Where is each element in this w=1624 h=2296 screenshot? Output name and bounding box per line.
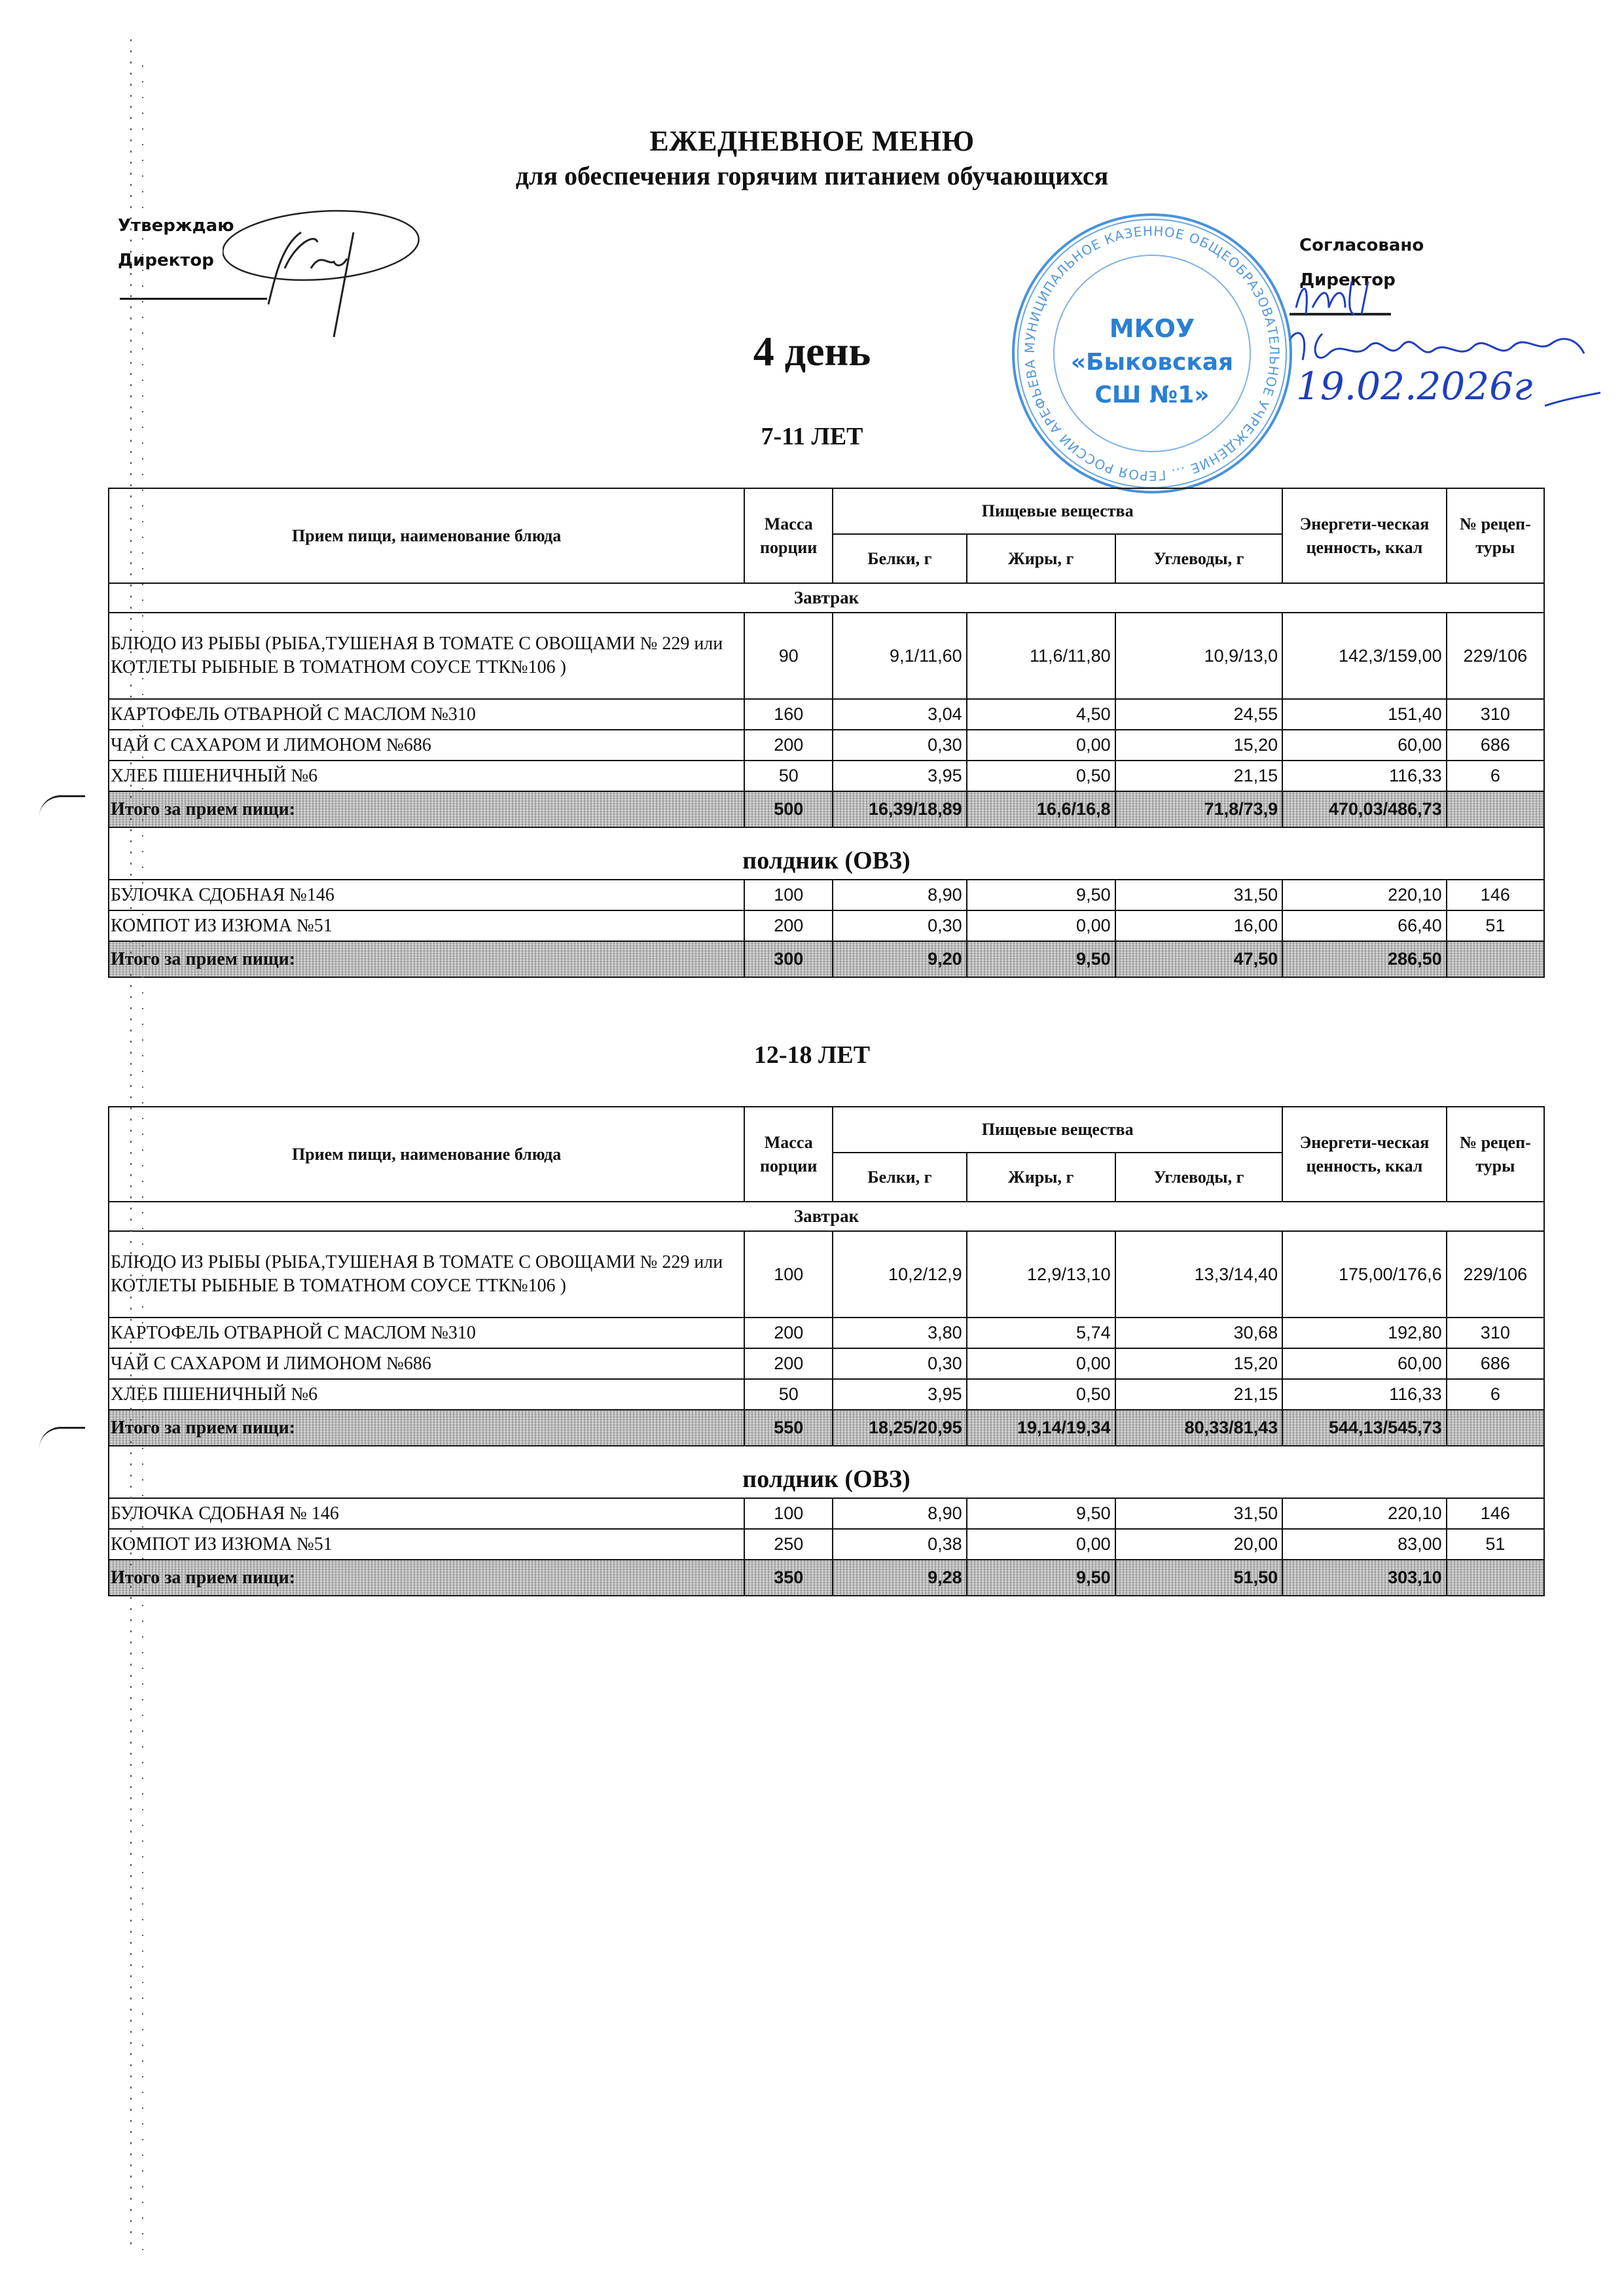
dish-energy: 60,00	[1282, 730, 1446, 761]
total-carbs: 71,8/73,9	[1115, 791, 1283, 827]
total-protein: 18,25/20,95	[833, 1410, 966, 1446]
dish-mass: 200	[744, 910, 833, 941]
column-header-protein: Белки, г	[833, 1153, 966, 1202]
dish-carbs: 13,3/14,40	[1115, 1231, 1283, 1318]
dish-energy: 192,80	[1282, 1318, 1446, 1348]
meal-section-title: полдник (ОВЗ)	[109, 827, 1544, 880]
dish-energy: 60,00	[1282, 1348, 1446, 1379]
dish-protein: 8,90	[833, 1498, 966, 1529]
dish-mass: 50	[744, 761, 833, 791]
dish-fat: 0,00	[967, 730, 1115, 761]
scan-hole-mark	[39, 795, 85, 817]
total-protein: 16,39/18,89	[833, 791, 966, 827]
dish-name: КОМПОТ ИЗ ИЗЮМА №51	[109, 1529, 744, 1560]
dish-carbs: 30,68	[1115, 1318, 1283, 1348]
column-header-carbs: Углеводы, г	[1115, 1153, 1283, 1202]
table-row: ЧАЙ С САХАРОМ И ЛИМОНОМ №6862000,300,001…	[109, 1348, 1544, 1379]
total-carbs: 51,50	[1115, 1560, 1283, 1596]
dish-name: ХЛЕБ ПШЕНИЧНЫЙ №6	[109, 761, 744, 791]
meal-section-title: Завтрак	[109, 583, 1544, 613]
column-header-fat: Жиры, г	[967, 1153, 1115, 1202]
scan-margin-noise	[124, 39, 151, 2251]
dish-recipe-number: 6	[1447, 761, 1544, 791]
dish-name: КАРТОФЕЛЬ ОТВАРНОЙ С МАСЛОМ №310	[109, 1318, 744, 1348]
dish-mass: 200	[744, 1318, 833, 1348]
dish-mass: 200	[744, 730, 833, 761]
dish-recipe-number: 310	[1447, 699, 1544, 730]
column-header-recipe: № рецеп-туры	[1447, 1107, 1544, 1202]
dish-recipe-number: 229/106	[1447, 613, 1544, 699]
dish-fat: 0,00	[967, 1529, 1115, 1560]
total-row: Итого за прием пищи:3509,289,5051,50303,…	[109, 1560, 1544, 1596]
total-energy: 303,10	[1282, 1560, 1446, 1596]
column-header-carbs: Углеводы, г	[1115, 534, 1283, 583]
section-header-row: полдник (ОВЗ)	[109, 1446, 1544, 1498]
dish-fat: 0,50	[967, 761, 1115, 791]
dish-energy: 220,10	[1282, 880, 1446, 910]
table-row: КАРТОФЕЛЬ ОТВАРНОЙ С МАСЛОМ №3101603,044…	[109, 699, 1544, 730]
column-header-nutrients: Пищевые вещества	[833, 488, 1282, 534]
total-mass: 300	[744, 941, 833, 977]
document-title: ЕЖЕДНЕВНОЕ МЕНЮ	[0, 124, 1624, 158]
dish-recipe-number: 146	[1447, 1498, 1544, 1529]
dish-energy: 83,00	[1282, 1529, 1446, 1560]
dish-name: ЧАЙ С САХАРОМ И ЛИМОНОМ №686	[109, 1348, 744, 1379]
menu-table-7-11: Прием пищи, наименование блюдаМасса порц…	[108, 488, 1545, 978]
total-energy: 286,50	[1282, 941, 1446, 977]
dish-protein: 0,38	[833, 1529, 966, 1560]
table-row: БЛЮДО ИЗ РЫБЫ (РЫБА,ТУШЕНАЯ В ТОМАТЕ С О…	[109, 1231, 1544, 1318]
total-row: Итого за прием пищи:3009,209,5047,50286,…	[109, 941, 1544, 977]
meal-section-title: полдник (ОВЗ)	[109, 1446, 1544, 1498]
dish-carbs: 31,50	[1115, 880, 1283, 910]
dish-fat: 5,74	[967, 1318, 1115, 1348]
column-header-energy: Энергети-ческая ценность, ккал	[1282, 1107, 1446, 1202]
total-label: Итого за прием пищи:	[109, 1560, 744, 1596]
scan-hole-mark	[39, 1427, 85, 1448]
dish-recipe-number: 686	[1447, 1348, 1544, 1379]
table-row: КОМПОТ ИЗ ИЗЮМА №512000,300,0016,0066,40…	[109, 910, 1544, 941]
dish-name: ХЛЕБ ПШЕНИЧНЫЙ №6	[109, 1379, 744, 1410]
dish-name: КОМПОТ ИЗ ИЗЮМА №51	[109, 910, 744, 941]
dish-carbs: 16,00	[1115, 910, 1283, 941]
total-protein: 9,28	[833, 1560, 966, 1596]
table-row: КОМПОТ ИЗ ИЗЮМА №512500,380,0020,0083,00…	[109, 1529, 1544, 1560]
age-group-heading-2: 12-18 ЛЕТ	[0, 1041, 1624, 1069]
dish-protein: 9,1/11,60	[833, 613, 966, 699]
total-mass: 550	[744, 1410, 833, 1446]
total-mass: 350	[744, 1560, 833, 1596]
dish-mass: 100	[744, 880, 833, 910]
column-header-name: Прием пищи, наименование блюда	[109, 488, 744, 583]
dish-carbs: 21,15	[1115, 761, 1283, 791]
total-mass: 500	[744, 791, 833, 827]
dish-recipe-number: 229/106	[1447, 1231, 1544, 1318]
table-row: ХЛЕБ ПШЕНИЧНЫЙ №6503,950,5021,15116,336	[109, 761, 1544, 791]
dish-recipe-number: 51	[1447, 1529, 1544, 1560]
section-header-row: Завтрак	[109, 1202, 1544, 1231]
header-row: Прием пищи, наименование блюдаМасса порц…	[109, 488, 1544, 534]
dish-protein: 0,30	[833, 730, 966, 761]
total-recipe	[1447, 1560, 1544, 1596]
dish-energy: 66,40	[1282, 910, 1446, 941]
dish-name: БЛЮДО ИЗ РЫБЫ (РЫБА,ТУШЕНАЯ В ТОМАТЕ С О…	[109, 613, 744, 699]
total-row: Итого за прием пищи:50016,39/18,8916,6/1…	[109, 791, 1544, 827]
column-header-mass: Масса порции	[744, 1107, 833, 1202]
dish-recipe-number: 146	[1447, 880, 1544, 910]
total-recipe	[1447, 1410, 1544, 1446]
dish-recipe-number: 310	[1447, 1318, 1544, 1348]
svg-text:СШ №1»: СШ №1»	[1094, 382, 1209, 408]
total-row: Итого за прием пищи:55018,25/20,9519,14/…	[109, 1410, 1544, 1446]
total-carbs: 80,33/81,43	[1115, 1410, 1283, 1446]
dish-mass: 90	[744, 613, 833, 699]
dish-name: ЧАЙ С САХАРОМ И ЛИМОНОМ №686	[109, 730, 744, 761]
dish-energy: 151,40	[1282, 699, 1446, 730]
dish-carbs: 21,15	[1115, 1379, 1283, 1410]
dish-name: БУЛОЧКА СДОБНАЯ №146	[109, 880, 744, 910]
document-subtitle: для обеспечения горячим питанием обучающ…	[0, 160, 1624, 191]
dish-carbs: 31,50	[1115, 1498, 1283, 1529]
dish-fat: 12,9/13,10	[967, 1231, 1115, 1318]
dish-name: БЛЮДО ИЗ РЫБЫ (РЫБА,ТУШЕНАЯ В ТОМАТЕ С О…	[109, 1231, 744, 1318]
dish-recipe-number: 686	[1447, 730, 1544, 761]
dish-fat: 0,00	[967, 1348, 1115, 1379]
section-header-row: Завтрак	[109, 583, 1544, 613]
total-carbs: 47,50	[1115, 941, 1283, 977]
total-fat: 9,50	[967, 941, 1115, 977]
dish-energy: 220,10	[1282, 1498, 1446, 1529]
dish-name: КАРТОФЕЛЬ ОТВАРНОЙ С МАСЛОМ №310	[109, 699, 744, 730]
dish-recipe-number: 6	[1447, 1379, 1544, 1410]
total-protein: 9,20	[833, 941, 966, 977]
dish-protein: 3,80	[833, 1318, 966, 1348]
total-recipe	[1447, 941, 1544, 977]
table-row: ХЛЕБ ПШЕНИЧНЫЙ №6503,950,5021,15116,336	[109, 1379, 1544, 1410]
header-row: Прием пищи, наименование блюдаМасса порц…	[109, 1107, 1544, 1153]
column-header-energy: Энергети-ческая ценность, ккал	[1282, 488, 1446, 583]
dish-fat: 0,50	[967, 1379, 1115, 1410]
total-label: Итого за прием пищи:	[109, 941, 744, 977]
dish-carbs: 15,20	[1115, 1348, 1283, 1379]
total-recipe	[1447, 791, 1544, 827]
menu-table-12-18: Прием пищи, наименование блюдаМасса порц…	[108, 1106, 1545, 1596]
total-energy: 470,03/486,73	[1282, 791, 1446, 827]
meal-section-title: Завтрак	[109, 1202, 1544, 1231]
day-heading: 4 день	[0, 327, 1624, 376]
dish-mass: 250	[744, 1529, 833, 1560]
dish-protein: 3,95	[833, 1379, 966, 1410]
column-header-mass: Масса порции	[744, 488, 833, 583]
dish-protein: 3,95	[833, 761, 966, 791]
dish-energy: 116,33	[1282, 761, 1446, 791]
table-row: ЧАЙ С САХАРОМ И ЛИМОНОМ №6862000,300,001…	[109, 730, 1544, 761]
dish-mass: 160	[744, 699, 833, 730]
total-fat: 16,6/16,8	[967, 791, 1115, 827]
dish-energy: 116,33	[1282, 1379, 1446, 1410]
dish-protein: 8,90	[833, 880, 966, 910]
dish-fat: 0,00	[967, 910, 1115, 941]
total-fat: 9,50	[967, 1560, 1115, 1596]
dish-energy: 175,00/176,6	[1282, 1231, 1446, 1318]
column-header-recipe: № рецеп-туры	[1447, 488, 1544, 583]
dish-mass: 100	[744, 1231, 833, 1318]
director-signature-icon	[223, 206, 425, 337]
dish-fat: 9,50	[967, 1498, 1115, 1529]
section-header-row: полдник (ОВЗ)	[109, 827, 1544, 880]
dish-energy: 142,3/159,00	[1282, 613, 1446, 699]
dish-fat: 4,50	[967, 699, 1115, 730]
total-label: Итого за прием пищи:	[109, 791, 744, 827]
dish-recipe-number: 51	[1447, 910, 1544, 941]
dish-mass: 50	[744, 1379, 833, 1410]
total-fat: 19,14/19,34	[967, 1410, 1115, 1446]
dish-protein: 3,04	[833, 699, 966, 730]
dish-name: БУЛОЧКА СДОБНАЯ № 146	[109, 1498, 744, 1529]
dish-fat: 11,6/11,80	[967, 613, 1115, 699]
column-header-name: Прием пищи, наименование блюда	[109, 1107, 744, 1202]
table-row: БЛЮДО ИЗ РЫБЫ (РЫБА,ТУШЕНАЯ В ТОМАТЕ С О…	[109, 613, 1544, 699]
age-group-heading-1: 7-11 ЛЕТ	[0, 422, 1624, 451]
total-energy: 544,13/545,73	[1282, 1410, 1446, 1446]
column-header-fat: Жиры, г	[967, 534, 1115, 583]
dish-mass: 100	[744, 1498, 833, 1529]
dish-mass: 200	[744, 1348, 833, 1379]
dish-protein: 0,30	[833, 1348, 966, 1379]
table-row: БУЛОЧКА СДОБНАЯ №1461008,909,5031,50220,…	[109, 880, 1544, 910]
table-row: КАРТОФЕЛЬ ОТВАРНОЙ С МАСЛОМ №3102003,805…	[109, 1318, 1544, 1348]
dish-fat: 9,50	[967, 880, 1115, 910]
column-header-nutrients: Пищевые вещества	[833, 1107, 1282, 1153]
dish-protein: 10,2/12,9	[833, 1231, 966, 1318]
total-label: Итого за прием пищи:	[109, 1410, 744, 1446]
dish-carbs: 20,00	[1115, 1529, 1283, 1560]
column-header-protein: Белки, г	[833, 534, 966, 583]
dish-carbs: 10,9/13,0	[1115, 613, 1283, 699]
dish-carbs: 24,55	[1115, 699, 1283, 730]
agree-label: Согласовано	[1299, 236, 1424, 255]
dish-protein: 0,30	[833, 910, 966, 941]
table-row: БУЛОЧКА СДОБНАЯ № 1461008,909,5031,50220…	[109, 1498, 1544, 1529]
dish-carbs: 15,20	[1115, 730, 1283, 761]
